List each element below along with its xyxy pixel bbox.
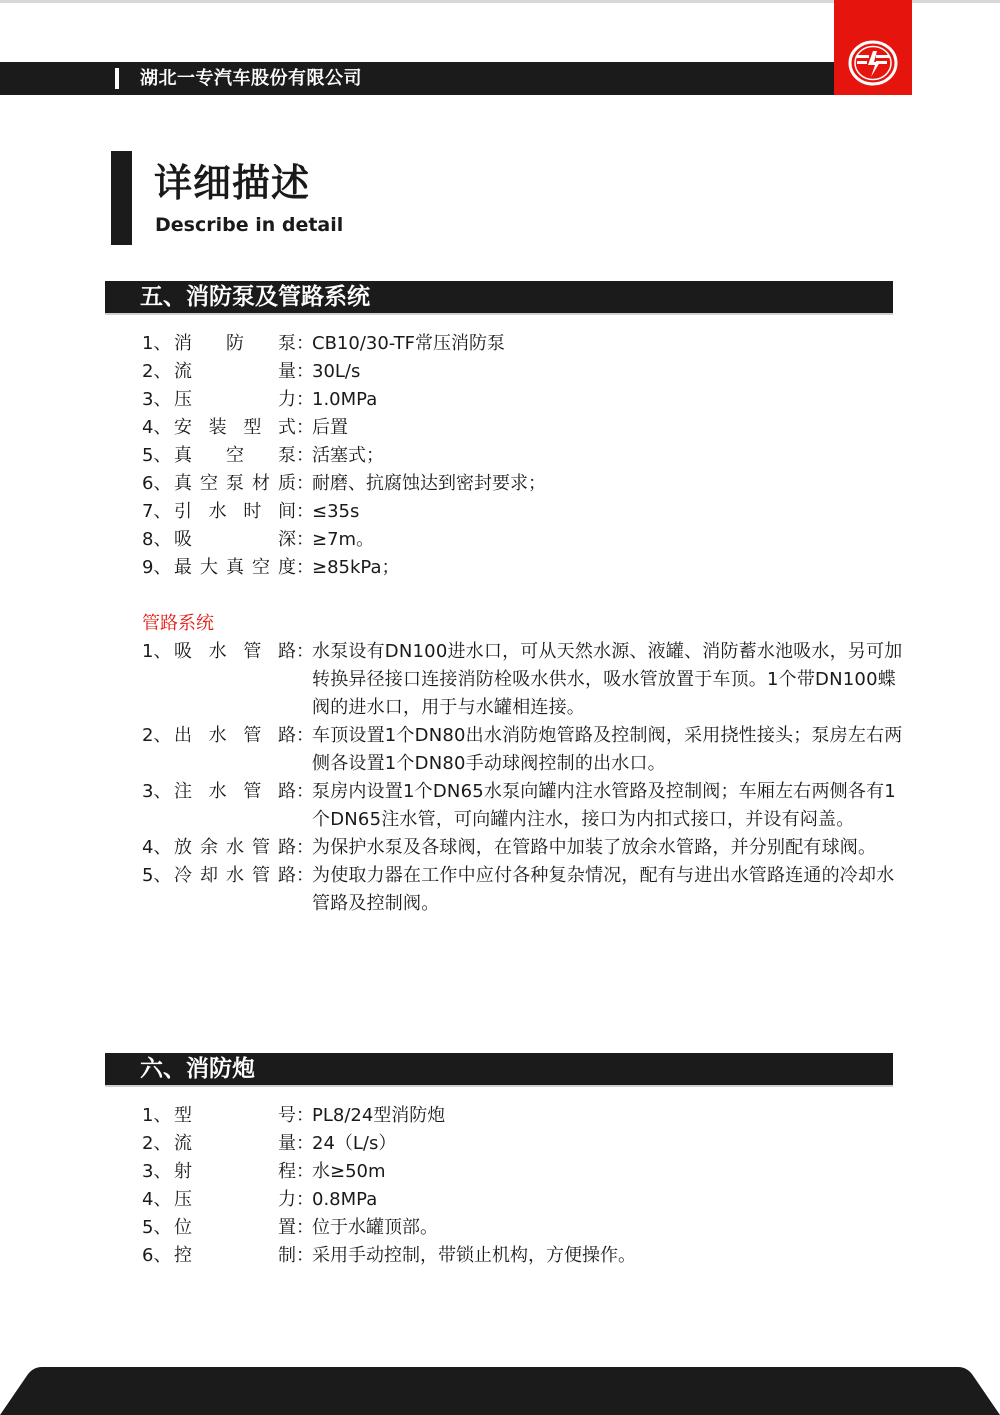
logo-tab xyxy=(834,0,912,95)
spec-label-char: 却 xyxy=(200,862,218,890)
spec-row: 6、控制：采用手动控制，带锁止机构，方便操作。 xyxy=(142,1242,912,1270)
spec-label-char: 时 xyxy=(243,498,261,526)
spec-number: 7、 xyxy=(142,498,174,526)
spec-number: 3、 xyxy=(142,1158,174,1186)
spec-label-char: 型 xyxy=(174,1102,192,1130)
spec-colon: ： xyxy=(296,778,312,806)
spec-label-char: 余 xyxy=(200,834,218,862)
spec-label-char: 度 xyxy=(278,554,296,582)
spec-value: PL8/24型消防炮 xyxy=(312,1102,912,1130)
spec-label: 引水时间 xyxy=(174,498,296,526)
spec-row: 9、最大真空度：≥85kPa； xyxy=(142,554,912,582)
spec-colon: ： xyxy=(296,498,312,526)
cannon-spec-list: 1、型号：PL8/24型消防炮2、流量：24（L/s）3、射程：水≥50m4、压… xyxy=(142,1102,912,1270)
spec-label-char: 真 xyxy=(174,470,192,498)
spec-value: 水泵设有DN100进水口，可从天然水源、液罐、消防蓄水池吸水，另可加转换异径接口… xyxy=(312,638,907,722)
spec-value: ≤35s xyxy=(312,498,912,526)
spec-label: 型号 xyxy=(174,1102,296,1130)
spec-label-char: 大 xyxy=(200,554,218,582)
spec-value: 泵房内设置1个DN65水泵向罐内注水管路及控制阀；车厢左右两侧各有1个DN65注… xyxy=(312,778,907,834)
spec-value: 30L/s xyxy=(312,358,912,386)
spec-row: 7、引水时间：≤35s xyxy=(142,498,912,526)
spec-label: 流量 xyxy=(174,1130,296,1158)
spec-row: 1、吸水管路：水泵设有DN100进水口，可从天然水源、液罐、消防蓄水池吸水，另可… xyxy=(142,638,907,722)
spec-number: 4、 xyxy=(142,414,174,442)
spec-label-char: 深 xyxy=(278,526,296,554)
spec-label-char: 注 xyxy=(174,778,192,806)
spec-number: 2、 xyxy=(142,1130,174,1158)
spec-number: 3、 xyxy=(142,386,174,414)
spec-label: 真空泵材质 xyxy=(174,470,296,498)
spec-label-char: 消 xyxy=(174,330,192,358)
spec-value: 活塞式； xyxy=(312,442,912,470)
spec-label-char: 泵 xyxy=(278,330,296,358)
spec-number: 1、 xyxy=(142,330,174,358)
spec-label-char: 力 xyxy=(278,386,296,414)
spec-number: 2、 xyxy=(142,358,174,386)
spec-label-char: 空 xyxy=(200,470,218,498)
spec-value: 位于水罐顶部。 xyxy=(312,1214,912,1242)
spec-row: 5、冷却水管路：为使取力器在工作中应付各种复杂情况，配有与进出水管路连通的冷却水… xyxy=(142,862,907,918)
spec-colon: ： xyxy=(296,1102,312,1130)
spec-label-char: 最 xyxy=(174,554,192,582)
footer-band xyxy=(0,1367,1000,1415)
spec-label-char: 间 xyxy=(278,498,296,526)
spec-label: 压力 xyxy=(174,1186,296,1214)
spec-value: 耐磨、抗腐蚀达到密封要求； xyxy=(312,470,912,498)
spec-label-char: 安 xyxy=(174,414,192,442)
spec-colon: ： xyxy=(296,442,312,470)
spec-colon: ： xyxy=(296,1242,312,1270)
spec-value: ≥7m。 xyxy=(312,526,912,554)
spec-label-char: 制 xyxy=(278,1242,296,1270)
pump-spec-list: 1、消防泵：CB10/30-TF常压消防泵2、流量：30L/s3、压力：1.0M… xyxy=(142,330,912,582)
spec-colon: ： xyxy=(296,638,312,666)
spec-label-char: 号 xyxy=(278,1102,296,1130)
spec-label-char: 路 xyxy=(278,778,296,806)
spec-label: 出水管路 xyxy=(174,722,296,750)
company-logo-icon xyxy=(848,40,898,86)
spec-label-char: 压 xyxy=(174,386,192,414)
spec-row: 2、出水管路：车顶设置1个DN80出水消防炮管路及控制阀，采用挠性接头；泵房左右… xyxy=(142,722,907,778)
spec-label-char: 射 xyxy=(174,1158,192,1186)
spec-row: 8、吸深：≥7m。 xyxy=(142,526,912,554)
spec-label: 吸深 xyxy=(174,526,296,554)
spec-value: 为保护水泵及各球阀，在管路中加装了放余水管路，并分别配有球阀。 xyxy=(312,834,907,862)
spec-row: 1、消防泵：CB10/30-TF常压消防泵 xyxy=(142,330,912,358)
spec-colon: ： xyxy=(296,330,312,358)
spec-label: 消防泵 xyxy=(174,330,296,358)
spec-label-char: 程 xyxy=(278,1158,296,1186)
spec-label-char: 冷 xyxy=(174,862,192,890)
spec-label-char: 压 xyxy=(174,1186,192,1214)
spec-row: 3、压力：1.0MPa xyxy=(142,386,912,414)
spec-colon: ： xyxy=(296,470,312,498)
page-subtitle: Describe in detail xyxy=(155,212,343,238)
spec-label-char: 管 xyxy=(243,778,261,806)
spec-row: 1、型号：PL8/24型消防炮 xyxy=(142,1102,912,1130)
spec-row: 4、安装型式：后置 xyxy=(142,414,912,442)
spec-value: 采用手动控制，带锁止机构，方便操作。 xyxy=(312,1242,912,1270)
pipe-spec-list: 1、吸水管路：水泵设有DN100进水口，可从天然水源、液罐、消防蓄水池吸水，另可… xyxy=(142,638,907,918)
spec-number: 8、 xyxy=(142,526,174,554)
header-divider-tick xyxy=(115,68,119,89)
spec-label-char: 路 xyxy=(278,862,296,890)
spec-label-char: 路 xyxy=(278,834,296,862)
spec-label-char: 水 xyxy=(209,498,227,526)
spec-number: 5、 xyxy=(142,1214,174,1242)
spec-label: 压力 xyxy=(174,386,296,414)
spec-label-char: 放 xyxy=(174,834,192,862)
spec-label-char: 引 xyxy=(174,498,192,526)
spec-row: 6、真空泵材质：耐磨、抗腐蚀达到密封要求； xyxy=(142,470,912,498)
spec-colon: ： xyxy=(296,358,312,386)
spec-label-char: 量 xyxy=(278,1130,296,1158)
spec-label-char: 管 xyxy=(243,722,261,750)
header-bar: 湖北一专汽车股份有限公司 xyxy=(0,62,835,95)
section-title: 五、消防泵及管路系统 xyxy=(140,281,370,313)
spec-label-char: 水 xyxy=(209,638,227,666)
spec-label-char: 型 xyxy=(243,414,261,442)
section-header-cannon: 六、消防炮 xyxy=(105,1053,893,1087)
spec-row: 3、射程：水≥50m xyxy=(142,1158,912,1186)
spec-row: 5、真空泵：活塞式； xyxy=(142,442,912,470)
spec-label: 射程 xyxy=(174,1158,296,1186)
spec-number: 1、 xyxy=(142,1102,174,1130)
spec-colon: ： xyxy=(296,1130,312,1158)
spec-label-char: 水 xyxy=(209,778,227,806)
title-accent-bar xyxy=(111,151,132,245)
spec-label-char: 控 xyxy=(174,1242,192,1270)
spec-colon: ： xyxy=(296,526,312,554)
pipe-system-heading: 管路系统 xyxy=(142,610,214,638)
spec-number: 3、 xyxy=(142,778,174,806)
spec-label: 安装型式 xyxy=(174,414,296,442)
spec-label-char: 管 xyxy=(252,862,270,890)
spec-number: 5、 xyxy=(142,442,174,470)
spec-colon: ： xyxy=(296,862,312,890)
spec-label-char: 水 xyxy=(209,722,227,750)
spec-label-char: 吸 xyxy=(174,526,192,554)
spec-colon: ： xyxy=(296,1186,312,1214)
spec-label-char: 力 xyxy=(278,1186,296,1214)
spec-label-char: 出 xyxy=(174,722,192,750)
spec-label-char: 质 xyxy=(278,470,296,498)
spec-label-char: 式 xyxy=(278,414,296,442)
spec-number: 1、 xyxy=(142,638,174,666)
spec-number: 2、 xyxy=(142,722,174,750)
spec-number: 4、 xyxy=(142,834,174,862)
spec-row: 2、流量：30L/s xyxy=(142,358,912,386)
spec-label-char: 管 xyxy=(243,638,261,666)
spec-row: 4、放余水管路：为保护水泵及各球阀，在管路中加装了放余水管路，并分别配有球阀。 xyxy=(142,834,907,862)
spec-label: 流量 xyxy=(174,358,296,386)
spec-number: 6、 xyxy=(142,1242,174,1270)
page-title: 详细描述 xyxy=(154,160,310,206)
spec-number: 9、 xyxy=(142,554,174,582)
spec-label: 真空泵 xyxy=(174,442,296,470)
spec-label-char: 量 xyxy=(278,358,296,386)
spec-label-char: 防 xyxy=(226,330,244,358)
spec-number: 6、 xyxy=(142,470,174,498)
spec-colon: ： xyxy=(296,1158,312,1186)
spec-label: 最大真空度 xyxy=(174,554,296,582)
spec-value: 车顶设置1个DN80出水消防炮管路及控制阀，采用挠性接头；泵房左右两侧各设置1个… xyxy=(312,722,907,778)
spec-label-char: 路 xyxy=(278,638,296,666)
spec-label: 吸水管路 xyxy=(174,638,296,666)
spec-value: CB10/30-TF常压消防泵 xyxy=(312,330,912,358)
spec-value: 后置 xyxy=(312,414,912,442)
spec-number: 5、 xyxy=(142,862,174,890)
spec-label: 注水管路 xyxy=(174,778,296,806)
spec-label-char: 真 xyxy=(226,554,244,582)
spec-number: 4、 xyxy=(142,1186,174,1214)
spec-label-char: 路 xyxy=(278,722,296,750)
spec-label-char: 真 xyxy=(174,442,192,470)
spec-label-char: 吸 xyxy=(174,638,192,666)
spec-label-char: 装 xyxy=(209,414,227,442)
section-header-pump: 五、消防泵及管路系统 xyxy=(105,281,893,315)
spec-label-char: 泵 xyxy=(226,470,244,498)
spec-colon: ： xyxy=(296,722,312,750)
spec-row: 3、注水管路：泵房内设置1个DN65水泵向罐内注水管路及控制阀；车厢左右两侧各有… xyxy=(142,778,907,834)
spec-colon: ： xyxy=(296,414,312,442)
spec-label-char: 空 xyxy=(226,442,244,470)
spec-row: 4、压力：0.8MPa xyxy=(142,1186,912,1214)
spec-label-char: 水 xyxy=(226,834,244,862)
spec-label-char: 空 xyxy=(252,554,270,582)
spec-label-char: 流 xyxy=(174,1130,192,1158)
spec-label-char: 位 xyxy=(174,1214,192,1242)
spec-value: 24（L/s） xyxy=(312,1130,912,1158)
spec-label: 控制 xyxy=(174,1242,296,1270)
spec-row: 5、位置：位于水罐顶部。 xyxy=(142,1214,912,1242)
spec-label-char: 流 xyxy=(174,358,192,386)
spec-row: 2、流量：24（L/s） xyxy=(142,1130,912,1158)
spec-value: 1.0MPa xyxy=(312,386,912,414)
spec-label: 放余水管路 xyxy=(174,834,296,862)
spec-label: 位置 xyxy=(174,1214,296,1242)
spec-colon: ： xyxy=(296,386,312,414)
spec-value: 水≥50m xyxy=(312,1158,912,1186)
spec-label-char: 水 xyxy=(226,862,244,890)
spec-label: 冷却水管路 xyxy=(174,862,296,890)
spec-label-char: 管 xyxy=(252,834,270,862)
spec-colon: ： xyxy=(296,554,312,582)
company-name: 湖北一专汽车股份有限公司 xyxy=(140,66,362,91)
spec-label-char: 置 xyxy=(278,1214,296,1242)
section-title: 六、消防炮 xyxy=(140,1053,255,1085)
spec-label-char: 材 xyxy=(252,470,270,498)
spec-label-char: 泵 xyxy=(278,442,296,470)
spec-value: 0.8MPa xyxy=(312,1186,912,1214)
spec-value: ≥85kPa； xyxy=(312,554,912,582)
spec-value: 为使取力器在工作中应付各种复杂情况，配有与进出水管路连通的冷却水管路及控制阀。 xyxy=(312,862,907,918)
spec-colon: ： xyxy=(296,834,312,862)
spec-colon: ： xyxy=(296,1214,312,1242)
